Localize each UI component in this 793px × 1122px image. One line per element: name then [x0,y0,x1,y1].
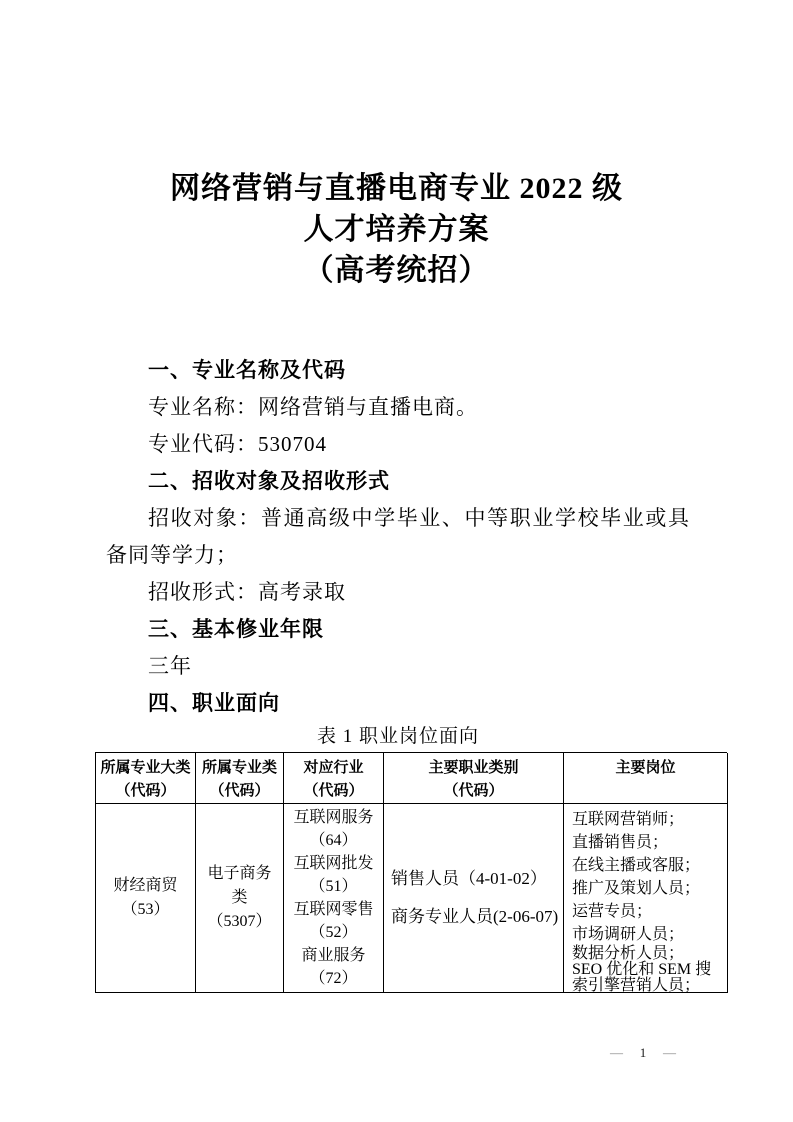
document-body: 一、专业名称及代码 专业名称：网络营销与直播电商。 专业代码：530704 二、… [106,352,690,993]
header-line: 所属专业大类 [96,756,195,779]
page-number: — 1 — [610,1044,676,1062]
header-line: （代码） [196,779,283,802]
table-caption: 表 1 职业岗位面向 [106,722,690,752]
major-code-paragraph: 专业代码：530704 [106,426,690,463]
document-title: 网络营销与直播电商专业 2022 级 人才培养方案 （高考统招） [0,168,793,291]
cell-line: 销售人员（4-01-02） [391,860,563,898]
header-line: 所属专业类 [196,756,283,779]
table-cell-industries: 互联网服务（64）互联网批发（51）互联网零售（52）商业服务（72） [284,804,384,993]
study-duration-paragraph: 三年 [106,648,690,685]
position-line: 运营专员； [572,900,725,923]
cell-line: 互联网零售 [284,898,383,921]
section-1-heading: 一、专业名称及代码 [106,352,690,389]
position-line: 在线主播或客服； [572,854,725,877]
header-line: 主要职业类别 [384,756,563,779]
cell-line: （72） [284,967,383,990]
cell-line: （51） [284,875,383,898]
document-page: 网络营销与直播电商专业 2022 级 人才培养方案 （高考统招） 一、专业名称及… [0,0,793,1122]
table-header-industry: 对应行业（代码） [284,753,384,804]
cell-line: （64） [284,829,383,852]
section-2-heading: 二、招收对象及招收形式 [106,463,690,500]
position-line: 直播销售员； [572,831,725,854]
section-3-heading: 三、基本修业年限 [106,611,690,648]
cell-line: （5307） [196,910,283,934]
page-number-right-dash: — [663,1045,676,1061]
title-line-2: 人才培养方案 [0,209,793,250]
cell-line: 互联网服务 [284,806,383,829]
header-line: （代码） [284,779,383,802]
career-orientation-table: 所属专业大类（代码） 所属专业类（代码） 对应行业（代码） 主要职业类别（代码）… [95,752,727,993]
header-line: 对应行业 [284,756,383,779]
cell-line: （53） [96,898,195,922]
table-cell-occupations: 销售人员（4-01-02）商务专业人员(2-06-07) [384,804,564,993]
table-cell-major-class: 电子商务类（5307） [196,804,284,993]
admission-form-paragraph: 招收形式：高考录取 [106,574,690,611]
cell-line: 类 [196,886,283,910]
title-line-1: 网络营销与直播电商专业 2022 级 [0,168,793,209]
cell-line: （52） [284,921,383,944]
title-line-3: （高考统招） [0,250,793,291]
position-line: 数据分析人员； [572,946,725,962]
cell-line: 商业服务 [284,944,383,967]
position-line: 索引擎营销人员； [572,978,725,993]
section-4-heading: 四、职业面向 [106,685,690,722]
header-line: 主要岗位 [564,756,727,779]
table-cell-major-category: 财经商贸（53） [96,804,196,993]
cell-line: 互联网批发 [284,852,383,875]
position-line: 推广及策划人员； [572,877,725,900]
position-line: 市场调研人员； [572,923,725,946]
page-number-value: 1 [640,1045,647,1061]
cell-line: 电子商务 [196,862,283,886]
cell-line: 财经商贸 [96,874,195,898]
major-name-paragraph: 专业名称：网络营销与直播电商。 [106,389,690,426]
position-line: 互联网营销师； [572,808,725,831]
position-line: SEO 优化和 SEM 搜 [572,962,725,978]
cell-line: 商务专业人员(2-06-07) [391,898,563,936]
header-line: （代码） [96,779,195,802]
table-header-main-positions: 主要岗位 [564,753,728,804]
table-header-occupation-category: 主要职业类别（代码） [384,753,564,804]
header-line: （代码） [384,779,563,802]
admission-target-paragraph: 招收对象：普通高级中学毕业、中等职业学校毕业或具备同等学力； [106,500,690,574]
page-number-left-dash: — [610,1045,623,1061]
table-cell-positions: 互联网营销师；直播销售员；在线主播或客服；推广及策划人员；运营专员；市场调研人员… [564,804,728,993]
table-header-major-category: 所属专业大类（代码） [96,753,196,804]
table-header-major-class: 所属专业类（代码） [196,753,284,804]
